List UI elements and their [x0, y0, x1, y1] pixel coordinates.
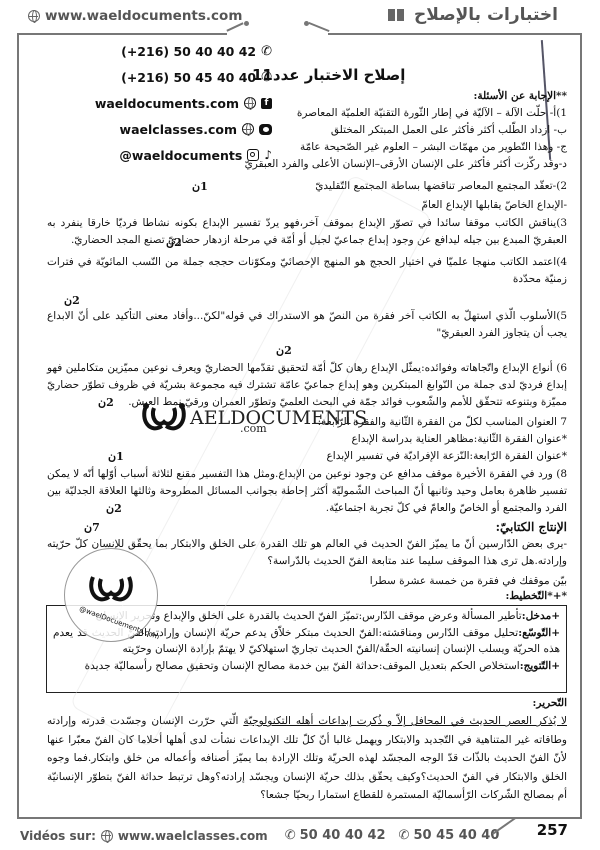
globe-icon: [242, 123, 254, 135]
globe-icon: [244, 97, 256, 109]
page-header: www.waeldocuments.com اختبارات بالإصلاح: [0, 0, 600, 36]
q1-d: د-وقد ركّزت أكثر فأكثر على الإنسان الأرق…: [245, 156, 567, 173]
contact-block: (+216) 50 40 40 42 ✆ (+216) 50 45 40 40 …: [72, 38, 272, 168]
footer-phone-1-text: 50 40 40 42: [300, 828, 386, 843]
footer-videos-label: Vidéos sur:: [20, 829, 96, 843]
contact-social[interactable]: @waeldocuments ♪: [72, 142, 272, 168]
q8-answer: 8) ورد في الفقرة الأخيرة موقف مدافع عن و…: [47, 466, 567, 517]
header-title: اختبارات بالإصلاح: [388, 5, 558, 25]
contact-website-2[interactable]: waelclasses.com: [72, 116, 272, 142]
contact-social-text: @waeldocuments: [119, 148, 242, 163]
header-divider-dot-left: [244, 21, 249, 26]
globe-icon: [28, 10, 40, 22]
footer-phone-2[interactable]: ✆ 50 45 40 40: [399, 828, 500, 843]
brand-watermark: AELDOCUMENTS .com: [140, 400, 367, 436]
header-divider-right-slope: [308, 22, 329, 32]
phone-icon: ✆: [261, 44, 272, 59]
q2-score: 1ن: [192, 178, 208, 195]
footer-divider-slope: [492, 817, 516, 835]
writing-heading: الإنتاج الكتابيّ:: [496, 519, 567, 536]
brand-logo-icon: [140, 400, 188, 436]
facebook-icon: f: [261, 98, 272, 109]
q4-score: 2ن: [64, 292, 80, 309]
plan-heading: *+*التّخطيط:: [506, 588, 567, 605]
page-number: 257: [537, 821, 568, 839]
page-footer: Vidéos sur: www.waelclasses.com ✆ 50 40 …: [0, 819, 600, 850]
footer-phone-1[interactable]: ✆ 50 40 40 42: [285, 828, 386, 843]
q3-answer: 3)يناقش الكاتب موقفا سائدا في تصوّر الإب…: [47, 215, 567, 249]
q7-title-2: *عنوان الفقرة الثّانية:مظاهر العناية بدر…: [352, 431, 567, 448]
phone-icon: ✆: [285, 828, 296, 843]
q1-a: 1)أ- حلّت الآلة – الآليّة في إطار الثّور…: [297, 105, 567, 122]
exam-title: إصلاح الاختبار عدد11: [252, 66, 405, 84]
q2-line-2: -الإبداع الخاصّ يقابلها الإبداع العامّ: [422, 197, 567, 214]
brand-suffix: .com: [240, 422, 267, 435]
contact-website-1-text: waeldocuments.com: [95, 96, 239, 111]
header-website-text: www.waeldocuments.com: [45, 8, 242, 24]
footer-phone-2-text: 50 45 40 40: [413, 828, 499, 843]
contact-phone-1[interactable]: (+216) 50 40 40 42 ✆: [72, 38, 272, 64]
plan-intro-label: +مدخل:: [522, 610, 560, 622]
q6-score: 2ن: [98, 394, 114, 411]
q1-b: ب- ازداد الطّلب أكثر فأكثر على العمل الم…: [331, 122, 567, 139]
phone-icon: ✆: [399, 828, 410, 843]
stamp-logo-icon: [87, 571, 135, 607]
writing-score: 7ن: [84, 519, 100, 536]
draft-underlined: لا يُذكر العصر الحديث في المحافل إلاّ و …: [243, 715, 567, 727]
answers-heading: **الإجابة عن الأسئلة:: [473, 88, 567, 105]
contact-website-2-text: waelclasses.com: [120, 122, 237, 137]
footer-website[interactable]: www.waelclasses.com: [118, 829, 268, 843]
contact-phone-2-text: (+216) 50 45 40 40: [121, 70, 256, 85]
q1-c: ج- وهذا التّطوير من مهمّات البشر – العلو…: [300, 139, 567, 156]
q7-score: 1ن: [108, 448, 124, 465]
q7-title-4: *عنوان الفقرة الرّابعة:النّزعة الإفراديّ…: [327, 448, 567, 465]
brand-name: AELDOCUMENTS: [190, 407, 367, 429]
header-website[interactable]: www.waeldocuments.com: [28, 8, 242, 24]
contact-phone-1-text: (+216) 50 40 40 42: [121, 44, 256, 59]
plan-body-label: +التّوسّع:: [518, 627, 560, 639]
globe-icon: [101, 830, 113, 842]
header-title-text: اختبارات بالإصلاح: [414, 5, 558, 25]
q8-score: 2ن: [106, 500, 122, 517]
plan-conclusion-label: +التّتويج:: [520, 660, 560, 672]
contact-website-1[interactable]: waeldocuments.com f: [72, 90, 272, 116]
footer-links: Vidéos sur: www.waelclasses.com ✆ 50 40 …: [20, 828, 499, 843]
contact-phone-2[interactable]: (+216) 50 45 40 40 ✆: [72, 64, 272, 90]
book-icon: [388, 9, 404, 21]
draft-heading: التّحرير:: [533, 695, 567, 712]
youtube-icon: [259, 124, 272, 135]
stamp-text: @waelDocuements.com: [78, 605, 160, 641]
q3-score: 2ن: [166, 234, 182, 251]
stamp-watermark: @waelDocuements.com: [64, 548, 158, 642]
